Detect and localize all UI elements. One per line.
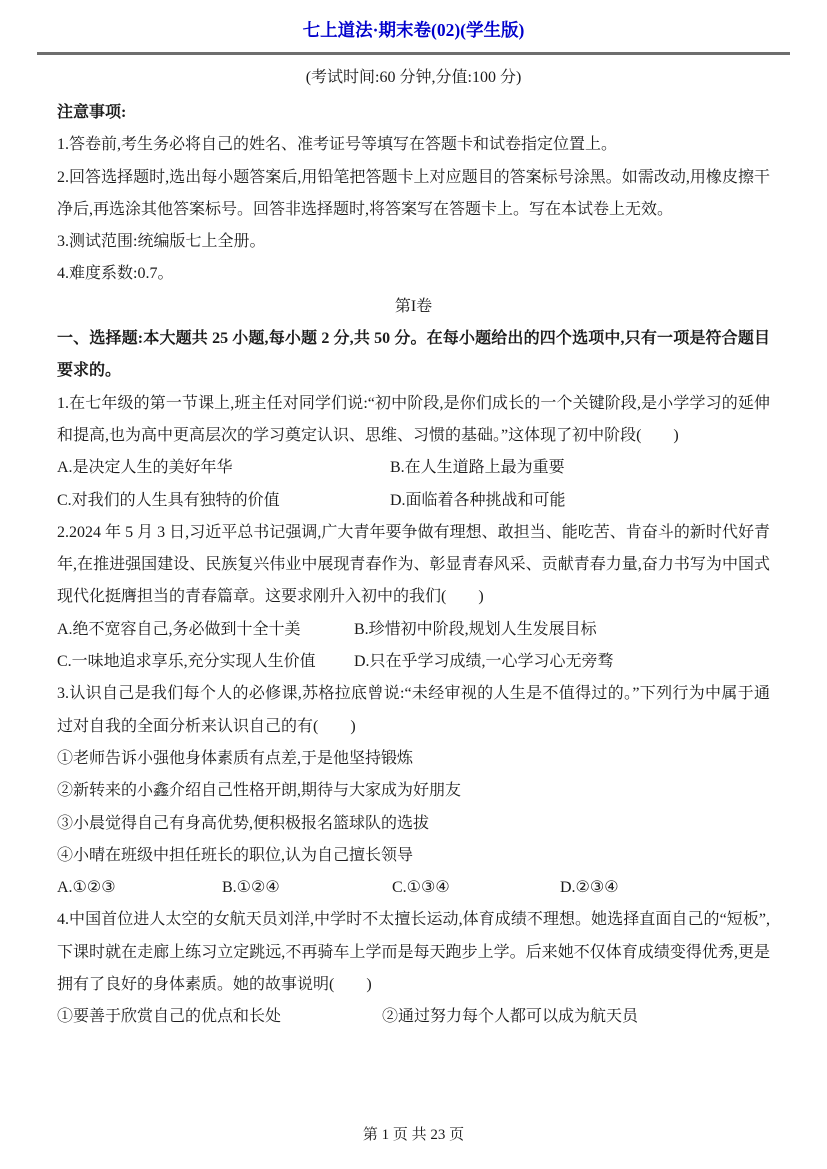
q3-option-c: C.①③④ xyxy=(392,872,560,904)
q4-item-2: ②通过努力每个人都可以成为航天员 xyxy=(382,1001,638,1033)
q2-options-row-1: A.绝不宽容自己,务必做到十全十美B.珍惜初中阶段,规划人生发展目标 xyxy=(57,614,770,646)
q2-option-d: D.只在乎学习成绩,一心学习心无旁骛 xyxy=(354,646,614,678)
notice-heading: 注意事项: xyxy=(57,97,770,129)
q1-option-a: A.是决定人生的美好年华 xyxy=(57,452,390,484)
q3-option-d: D.②③④ xyxy=(560,872,619,904)
q1-options-row-2: C.对我们的人生具有独特的价值D.面临着各种挑战和可能 xyxy=(57,485,770,517)
q4-stem: 4.中国首位进人太空的女航天员刘洋,中学时不太擅长运动,体育成绩不理想。她选择直… xyxy=(57,904,770,1001)
q3-option-b: B.①②④ xyxy=(222,872,392,904)
q3-item-2: ②新转来的小鑫介绍自己性格开朗,期待与大家成为好朋友 xyxy=(57,775,770,807)
notice-item-1: 1.答卷前,考生务必将自己的姓名、准考证号等填写在答题卡和试卷指定位置上。 xyxy=(57,129,770,161)
q1-option-b: B.在人生道路上最为重要 xyxy=(390,452,565,484)
q1-option-c: C.对我们的人生具有独特的价值 xyxy=(57,485,390,517)
q3-option-a: A.①②③ xyxy=(57,872,222,904)
q2-options-row-2: C.一味地追求享乐,充分实现人生价值D.只在乎学习成绩,一心学习心无旁骛 xyxy=(57,646,770,678)
q2-option-b: B.珍惜初中阶段,规划人生发展目标 xyxy=(354,614,597,646)
notice-item-2: 2.回答选择题时,选出每小题答案后,用铅笔把答题卡上对应题目的答案标号涂黑。如需… xyxy=(57,162,770,227)
q3-item-4: ④小晴在班级中担任班长的职位,认为自己擅长领导 xyxy=(57,840,770,872)
title-divider xyxy=(37,52,790,55)
q4-items-row: ①要善于欣赏自己的优点和长处②通过努力每个人都可以成为航天员 xyxy=(57,1001,770,1033)
q3-options-row: A.①②③B.①②④C.①③④D.②③④ xyxy=(57,872,770,904)
section-title: 第I卷 xyxy=(57,291,770,323)
notice-item-3: 3.测试范围:统编版七上全册。 xyxy=(57,226,770,258)
exam-meta: (考试时间:60 分钟,分值:100 分) xyxy=(0,61,827,94)
exam-page: 七上道法·期末卷(02)(学生版) (考试时间:60 分钟,分值:100 分) … xyxy=(0,0,827,1169)
q1-stem: 1.在七年级的第一节课上,班主任对同学们说:“初中阶段,是你们成长的一个关键阶段… xyxy=(57,388,770,453)
q3-stem: 3.认识自己是我们每个人的必修课,苏格拉底曾说:“未经审视的人生是不值得过的。”… xyxy=(57,678,770,743)
q1-options-row-1: A.是决定人生的美好年华B.在人生道路上最为重要 xyxy=(57,452,770,484)
notice-item-4: 4.难度系数:0.7。 xyxy=(57,258,770,290)
page-title: 七上道法·期末卷(02)(学生版) xyxy=(0,0,827,43)
section-intro: 一、选择题:本大题共 25 小题,每小题 2 分,共 50 分。在每小题给出的四… xyxy=(57,323,770,388)
q2-option-c: C.一味地追求享乐,充分实现人生价值 xyxy=(57,646,354,678)
q2-stem: 2.2024 年 5 月 3 日,习近平总书记强调,广大青年要争做有理想、敢担当… xyxy=(57,517,770,614)
q3-item-1: ①老师告诉小强他身体素质有点差,于是他坚持锻炼 xyxy=(57,743,770,775)
document-body: 注意事项: 1.答卷前,考生务必将自己的姓名、准考证号等填写在答题卡和试卷指定位… xyxy=(0,94,827,1034)
q1-option-d: D.面临着各种挑战和可能 xyxy=(390,485,566,517)
q2-option-a: A.绝不宽容自己,务必做到十全十美 xyxy=(57,614,354,646)
page-number: 第 1 页 共 23 页 xyxy=(0,1125,827,1145)
q4-item-1: ①要善于欣赏自己的优点和长处 xyxy=(57,1001,382,1033)
q3-item-3: ③小晨觉得自己有身高优势,便积极报名篮球队的选拔 xyxy=(57,808,770,840)
